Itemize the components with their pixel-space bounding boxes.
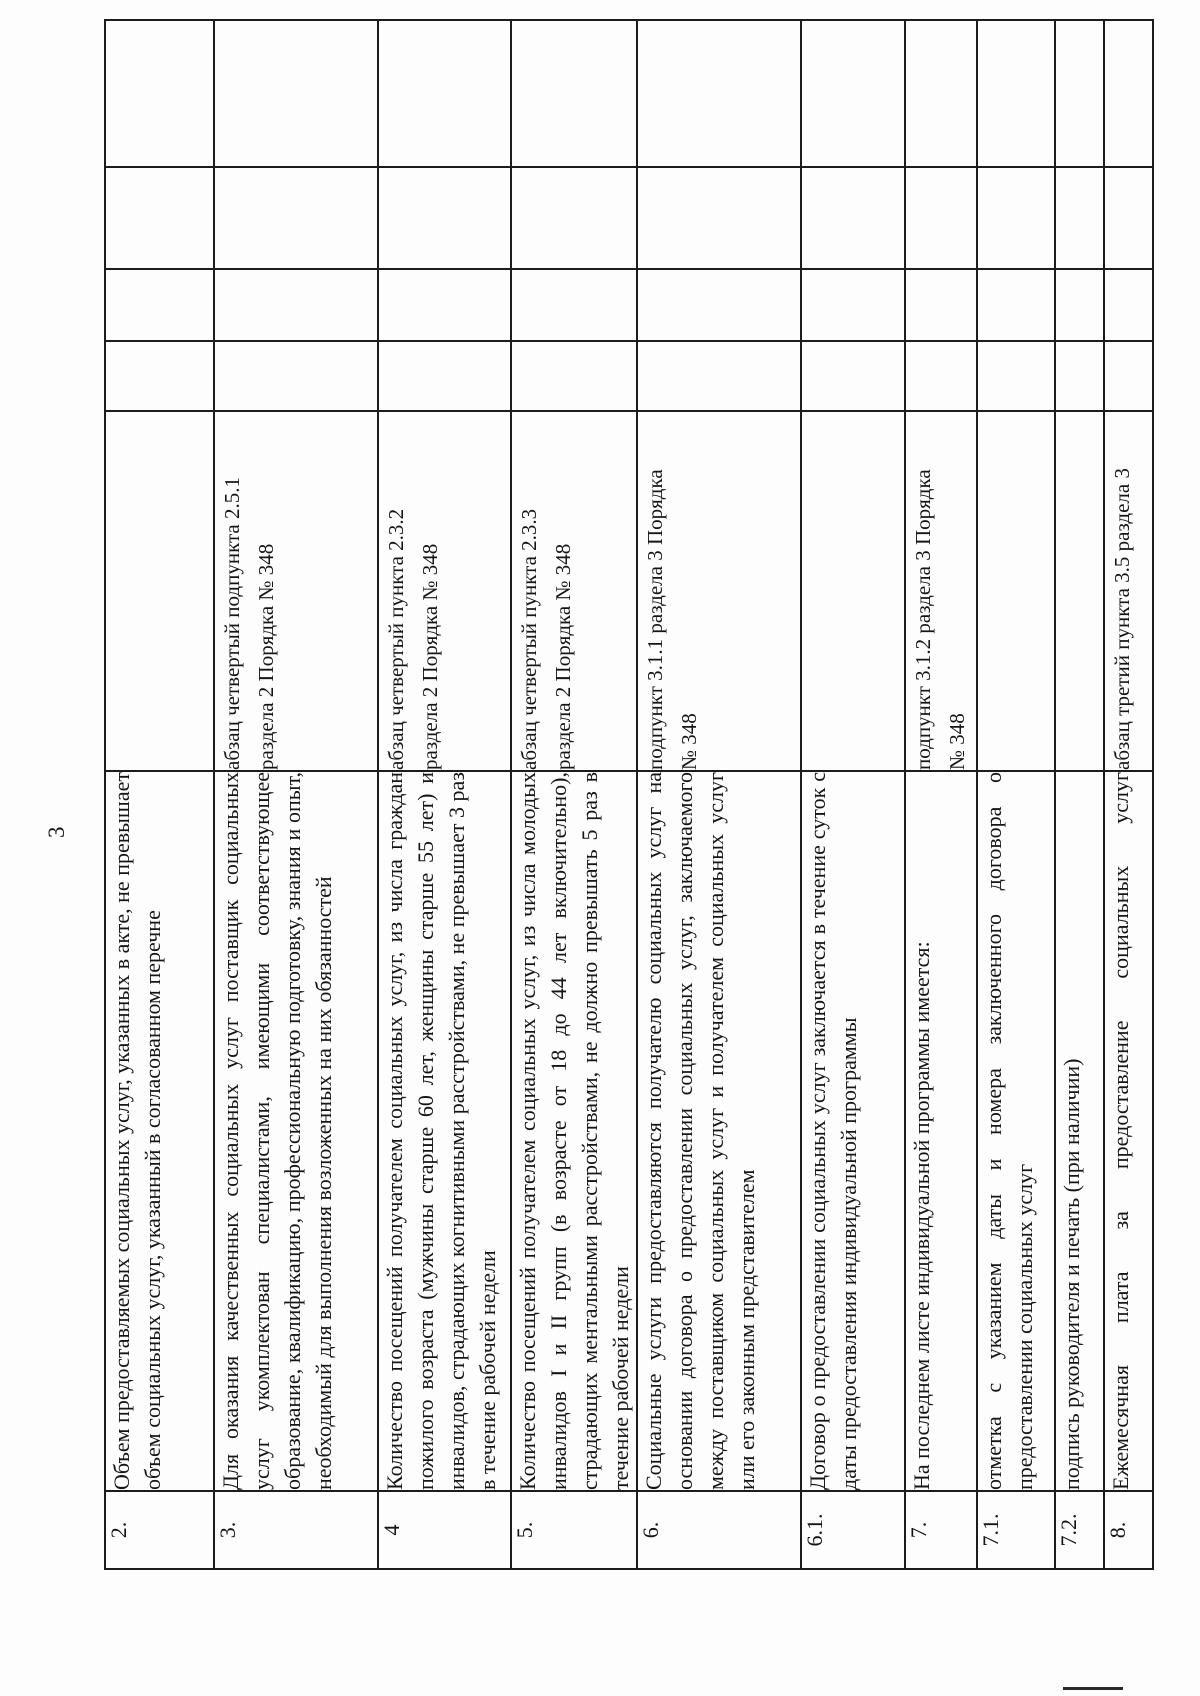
requirement-text-cell: Договор о предоставлении социальных услу… [801, 771, 905, 1491]
table-row: 4Количество посещений получателем социал… [378, 20, 511, 1569]
page-number: 3 [44, 827, 70, 839]
empty-check-cell [378, 341, 511, 411]
table-row: 2.Объем предоставляемых социальных услуг… [105, 20, 214, 1569]
empty-check-cell [214, 341, 378, 411]
row-number-cell: 3. [214, 1491, 378, 1569]
empty-check-cell [1055, 341, 1104, 411]
row-number-cell: 7.2. [1055, 1491, 1104, 1569]
requirement-text-cell: Ежемесячная плата за предоставление соци… [1104, 771, 1153, 1491]
empty-check-cell [637, 341, 801, 411]
legal-reference-cell [801, 411, 905, 771]
legal-reference-cell: абзац четвертый пункта 2.3.3 раздела 2 П… [511, 411, 637, 771]
empty-check-cell [801, 167, 905, 269]
empty-check-cell [1055, 269, 1104, 341]
empty-check-cell [1055, 20, 1104, 167]
empty-check-cell [801, 341, 905, 411]
empty-check-cell [905, 341, 977, 411]
legal-reference-cell: абзац четвертый подпункта 2.5.1 раздела … [214, 411, 378, 771]
empty-check-cell [105, 20, 214, 167]
requirement-text-cell: Количество посещений получателем социаль… [378, 771, 511, 1491]
empty-check-cell [905, 269, 977, 341]
empty-check-cell [214, 167, 378, 269]
legal-reference-cell: абзац четвертый пункта 2.3.2 раздела 2 П… [378, 411, 511, 771]
empty-check-cell [511, 20, 637, 167]
empty-check-cell [105, 269, 214, 341]
requirement-text-cell: подпись руководителя и печать (при налич… [1055, 771, 1104, 1491]
legal-reference-cell: абзац третий пункта 3.5 раздела 3 [1104, 411, 1153, 771]
legal-reference-cell [977, 411, 1055, 771]
row-number-cell: 7.1. [977, 1491, 1055, 1569]
empty-check-cell [378, 20, 511, 167]
empty-check-cell [1104, 269, 1153, 341]
empty-check-cell [637, 20, 801, 167]
empty-check-cell [511, 269, 637, 341]
empty-check-cell [801, 20, 905, 167]
empty-check-cell [511, 167, 637, 269]
empty-check-cell [105, 167, 214, 269]
row-number-cell: 6.1. [801, 1491, 905, 1569]
table-row: 7.На последнем листе индивидуальной прог… [905, 20, 977, 1569]
requirement-text-cell: Для оказания качественных социальных усл… [214, 771, 378, 1491]
requirement-text-cell: На последнем листе индивидуальной програ… [905, 771, 977, 1491]
empty-check-cell [977, 20, 1055, 167]
rotated-sheet: 3 2.Объем предоставляемых социальных усл… [0, 0, 1200, 1696]
empty-check-cell [214, 20, 378, 167]
requirement-text-cell: Социальные услуги предоставляются получа… [637, 771, 801, 1491]
empty-check-cell [378, 167, 511, 269]
empty-check-cell [637, 167, 801, 269]
scan-artifact-mark [1063, 1687, 1123, 1690]
row-number-cell: 6. [637, 1491, 801, 1569]
table-row: 3.Для оказания качественных социальных у… [214, 20, 378, 1569]
table-row: 6.Социальные услуги предоставляются полу… [637, 20, 801, 1569]
legal-reference-cell: подпункт 3.1.1 раздела 3 Порядка № 348 [637, 411, 801, 771]
empty-check-cell [214, 269, 378, 341]
row-number-cell: 8. [1104, 1491, 1153, 1569]
compliance-table: 2.Объем предоставляемых социальных услуг… [104, 19, 1154, 1570]
empty-check-cell [977, 341, 1055, 411]
empty-check-cell [105, 341, 214, 411]
empty-check-cell [1104, 167, 1153, 269]
empty-check-cell [1104, 341, 1153, 411]
legal-reference-cell [1055, 411, 1104, 771]
empty-check-cell [977, 269, 1055, 341]
row-number-cell: 4 [378, 1491, 511, 1569]
table-body: 2.Объем предоставляемых социальных услуг… [105, 20, 1153, 1569]
empty-check-cell [801, 269, 905, 341]
table-row: 6.1.Договор о предоставлении социальных … [801, 20, 905, 1569]
row-number-cell: 5. [511, 1491, 637, 1569]
requirement-text-cell: Объем предоставляемых социальных услуг, … [105, 771, 214, 1491]
table-row: 7.2.подпись руководителя и печать (при н… [1055, 20, 1104, 1569]
empty-check-cell [905, 167, 977, 269]
empty-check-cell [378, 269, 511, 341]
empty-check-cell [905, 20, 977, 167]
empty-check-cell [511, 341, 637, 411]
table-row: 8.Ежемесячная плата за предоставление со… [1104, 20, 1153, 1569]
empty-check-cell [1055, 167, 1104, 269]
document-page: 3 2.Объем предоставляемых социальных усл… [0, 0, 1200, 1696]
row-number-cell: 2. [105, 1491, 214, 1569]
empty-check-cell [977, 167, 1055, 269]
row-number-cell: 7. [905, 1491, 977, 1569]
table-row: 7.1.отметка с указанием даты и номера за… [977, 20, 1055, 1569]
empty-check-cell [637, 269, 801, 341]
legal-reference-cell [105, 411, 214, 771]
requirement-text-cell: отметка с указанием даты и номера заключ… [977, 771, 1055, 1491]
table-row: 5.Количество посещений получателем социа… [511, 20, 637, 1569]
legal-reference-cell: подпункт 3.1.2 раздела 3 Порядка № 348 [905, 411, 977, 771]
empty-check-cell [1104, 20, 1153, 167]
requirement-text-cell: Количество посещений получателем социаль… [511, 771, 637, 1491]
